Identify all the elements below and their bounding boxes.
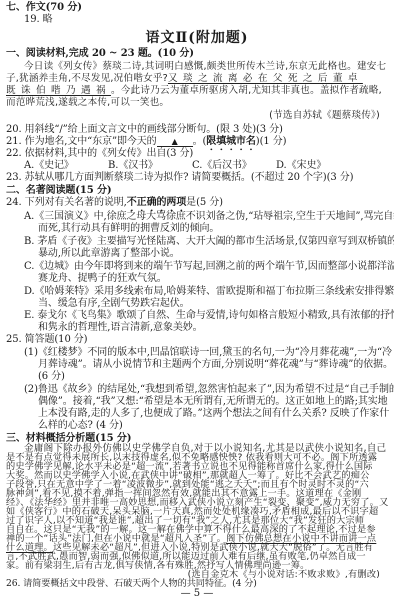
emphasis-text: 限填城市名	[206, 136, 256, 147]
option-24-d-cont: 当、缓急有序,全剧气势跌宕起伏。	[38, 298, 388, 310]
page-number: — 5 —	[0, 588, 394, 599]
question-25-1: (1)《红楼梦》不同的版本中,凹晶馆联诗一回,黛玉的名句,一为“冷月葬花魂”,一…	[24, 347, 388, 359]
exam-page: 七、作文(70 分) 19. 略 语文Ⅱ(附加题) 一、阅读材料,完成 20 ~…	[0, 0, 394, 600]
passage1-text: 。今此诗乃云为董卓所驱虏入胡,尤知其非真也。盖拟作者疏略,	[111, 85, 382, 96]
question-25-1-cont: (6 分)	[38, 371, 388, 383]
option-24-e-cont: 和隽永的哲理性,语言清新,意象美妙。	[38, 322, 388, 334]
option-24-b: B. 茅盾《子夜》主要描写光怪陆离、大开大阖的都市生活场景,仅第四章写到双桥镇的…	[24, 236, 388, 248]
option-24-d: D.《哈姆莱特》采用多线索布局,哈姆莱特、雷欧提斯和福丁布拉斯三条线索安排得繁简…	[24, 286, 388, 298]
option-24-a: A.《三国演义》中,徐庶之母大骂徐庶不识刘备之伪,“玷辱祖宗,空生于天地间”,骂…	[24, 211, 388, 223]
question-22: 22. 依据材料,其中的《列女传》出自(3 分)	[6, 148, 388, 160]
passage1-line: 既诛伯喈乃遇祸。今此诗乃云为董卓所驱虏入胡,尤知其非真也。盖拟作者疏略,	[6, 85, 388, 97]
passage1-line: 而范晔荒浅,遂载之本传,可以一笑也。	[6, 97, 388, 109]
section-heading-composition: 七、作文(70 分)	[6, 2, 388, 14]
option-24-b-cont: 暴动,所以此章游离了整部小说。	[38, 248, 388, 260]
part2-heading: 二、名著阅读题(15 分)	[6, 185, 388, 197]
page-title: 语文Ⅱ(附加题)	[0, 30, 394, 46]
question-25-1-cont: 月葬诗魂”。请从小说情节和主题两个方面,分别说明“葬花魂”与“葬诗魂”的依据。	[38, 359, 388, 371]
option-c[interactable]: C.《后汉书》	[192, 160, 276, 172]
underlined-passage: 又琰之流离必在父死之后董卓	[168, 73, 363, 84]
question-25-2-cont: 偶像”。接着,“我”又想:“希望是本无所谓有,无所谓无的。这正如地上的路;其实地	[38, 396, 388, 408]
option-24-a-cont: 而死,其行动具有鲜明的拥曹反刘的倾向。	[38, 223, 388, 235]
option-b[interactable]: B.《汉书》	[108, 160, 192, 172]
option-d[interactable]: D.《宋史》	[276, 160, 326, 172]
option-24-e: E. 泰戈尔《飞鸟集》歌颂了自然、生命与爱情,诗句如格言般短小精致,具有浓郁的抒…	[24, 310, 388, 322]
question-21-text: 21. 作为地名,文中“东京”即今天的	[6, 136, 157, 147]
question-25: 25. 简答题(10 分)	[6, 334, 388, 346]
question-25-2-cont: 上本没有路,走的人多了,也便成了路。”这两个想法之间有什么关系? 反映了作家什	[38, 408, 388, 420]
question-23: 23. 苏轼从哪几方面判断蔡琰二诗为拟作? 请简要概括。(不超过 20 个字)(…	[6, 172, 388, 184]
underlined-passage: 既诛伯喈乃遇祸	[6, 85, 111, 96]
question-21-text: )(1 分)	[256, 136, 287, 147]
question-25-2: (2)鲁迅《故乡》的结尾处,“我想到希望,忽然害怕起来了”,因为希望不过是“自己…	[24, 384, 388, 396]
answer-blank[interactable]: ▲	[157, 136, 193, 147]
question-24-text: 是(5 分)	[186, 197, 223, 208]
question-20: 20. 用斜线“/”给上面文言文中的画线部分断句。(限 3 处)(3 分)	[6, 124, 388, 136]
passage1-text: 子,犹涵养圭角,不尽发见,况伯喈女乎?	[6, 73, 168, 84]
option-24-c: C.《边城》由今年即将到来的端午节写起,回溯之前的两个端午节,因而整部小说都洋溢…	[24, 261, 388, 273]
question-21-text: 。(	[193, 136, 207, 147]
triangle-marker-icon: ▲	[172, 137, 178, 146]
question-25-2-cont: 么样的心态? (4 分)	[38, 420, 388, 432]
option-a[interactable]: A.《史记》	[24, 160, 108, 172]
emphasis-text: 不正确的两项	[127, 197, 186, 208]
question-24-text: 24. 下列对有关名著的说明,	[6, 197, 127, 208]
passage1-line: 子,犹涵养圭角,不尽发见,况伯喈女乎?又琰之流离必在父死之后董卓	[6, 73, 388, 85]
option-24-c-cont: 赛龙舟、捉鸭子的狂欢气氛。	[38, 273, 388, 285]
question-19: 19. 略	[24, 14, 388, 26]
part1-heading: 一、阅读材料,完成 20 ~ 23 题。(10 分)	[6, 48, 388, 60]
question-26: 26. 请简要概括文中段誉、石破天两个人物的共同特征。(4 分)	[6, 578, 388, 589]
passage1-source: (节选自苏轼《题蔡琰传》)	[269, 110, 380, 122]
passage1-line: 今日读《列女传》蔡琰二诗,其词明白感慨,颇类世所传木兰诗,东京无此格也。建安七	[24, 61, 388, 73]
question-22-options: A.《史记》B.《汉书》C.《后汉书》D.《宋史》	[24, 160, 388, 172]
